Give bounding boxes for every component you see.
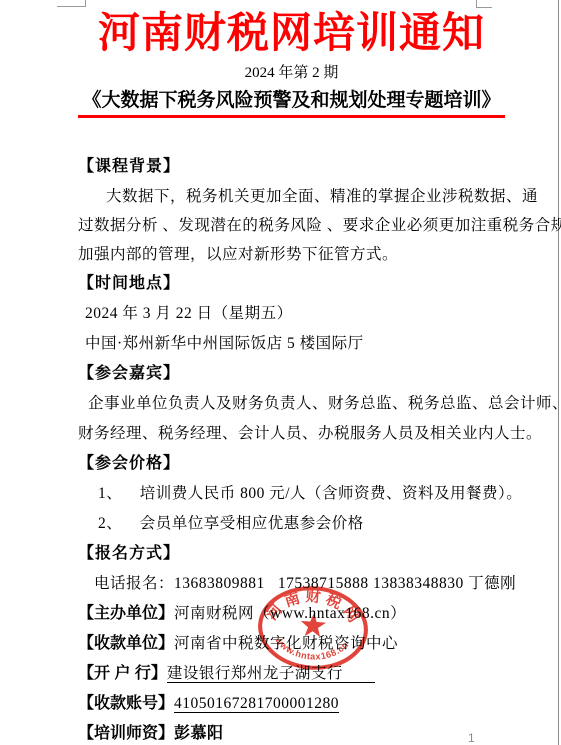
bank-label: 【开 户 行】	[78, 665, 167, 682]
background-line-1: 大数据下，税务机关更加全面、精准的掌握企业涉税数据、通	[78, 182, 505, 211]
heading-guests: 【参会嘉宾】	[78, 359, 505, 389]
trainer-label: 【培训师资】	[78, 725, 174, 742]
document-page: 河南财税网培训通知 2024 年第 2 期 《大数据下税务风险预警及和规划处理专…	[0, 0, 561, 745]
stamp-star-icon	[300, 612, 327, 638]
guests-line-1: 企事业单位负责人及财务负责人、财务总监、税务总监、总会计师、	[78, 389, 505, 419]
issue-number: 2024 年第 2 期	[78, 58, 505, 88]
payee-label: 【收款单位】	[78, 635, 174, 652]
heading-time-place: 【时间地点】	[78, 269, 505, 299]
heading-price: 【参会价格】	[78, 449, 505, 479]
background-line-2: 过数据分析 、发现潜在的税务风险 、要求企业必须更加注重税务合规、	[78, 211, 505, 240]
account-value: 41050167281700001280	[174, 695, 339, 713]
event-date: 2024 年 3 月 22 日（星期五）	[78, 299, 505, 329]
trainer-value: 彭慕阳	[174, 725, 224, 742]
price-item-2: 2、 会员单位享受相应优惠参会价格	[78, 509, 505, 539]
background-line-3: 加强内部的管理，以应对新形势下征管方式。	[78, 240, 505, 269]
training-subject: 《大数据下税务风险预警及和规划处理专题培训》	[78, 88, 505, 118]
page-number: 1	[468, 731, 475, 745]
guests-line-2: 财务经理、税务经理、会计人员、办税服务人员及相关业内人士。	[78, 419, 505, 449]
heading-course-background: 【课程背景】	[78, 152, 505, 182]
account-label: 【收款账号】	[78, 695, 174, 712]
organizer-label: 【主办单位】	[78, 605, 174, 622]
document-title: 河南财税网培训通知	[78, 10, 505, 58]
company-seal-stamp: 河南财税网 www.hntax168.cn	[256, 584, 370, 672]
event-venue: 中国·郑州新华中州国际饭店 5 楼国际厅	[78, 329, 505, 359]
heading-registration: 【报名方式】	[78, 539, 505, 569]
account-line: 【收款账号】41050167281700001280	[78, 689, 505, 719]
trainer-line: 【培训师资】彭慕阳	[78, 719, 505, 745]
price-item-1: 1、 培训费人民币 800 元/人（含师资费、资料及用餐费）。	[78, 479, 505, 509]
